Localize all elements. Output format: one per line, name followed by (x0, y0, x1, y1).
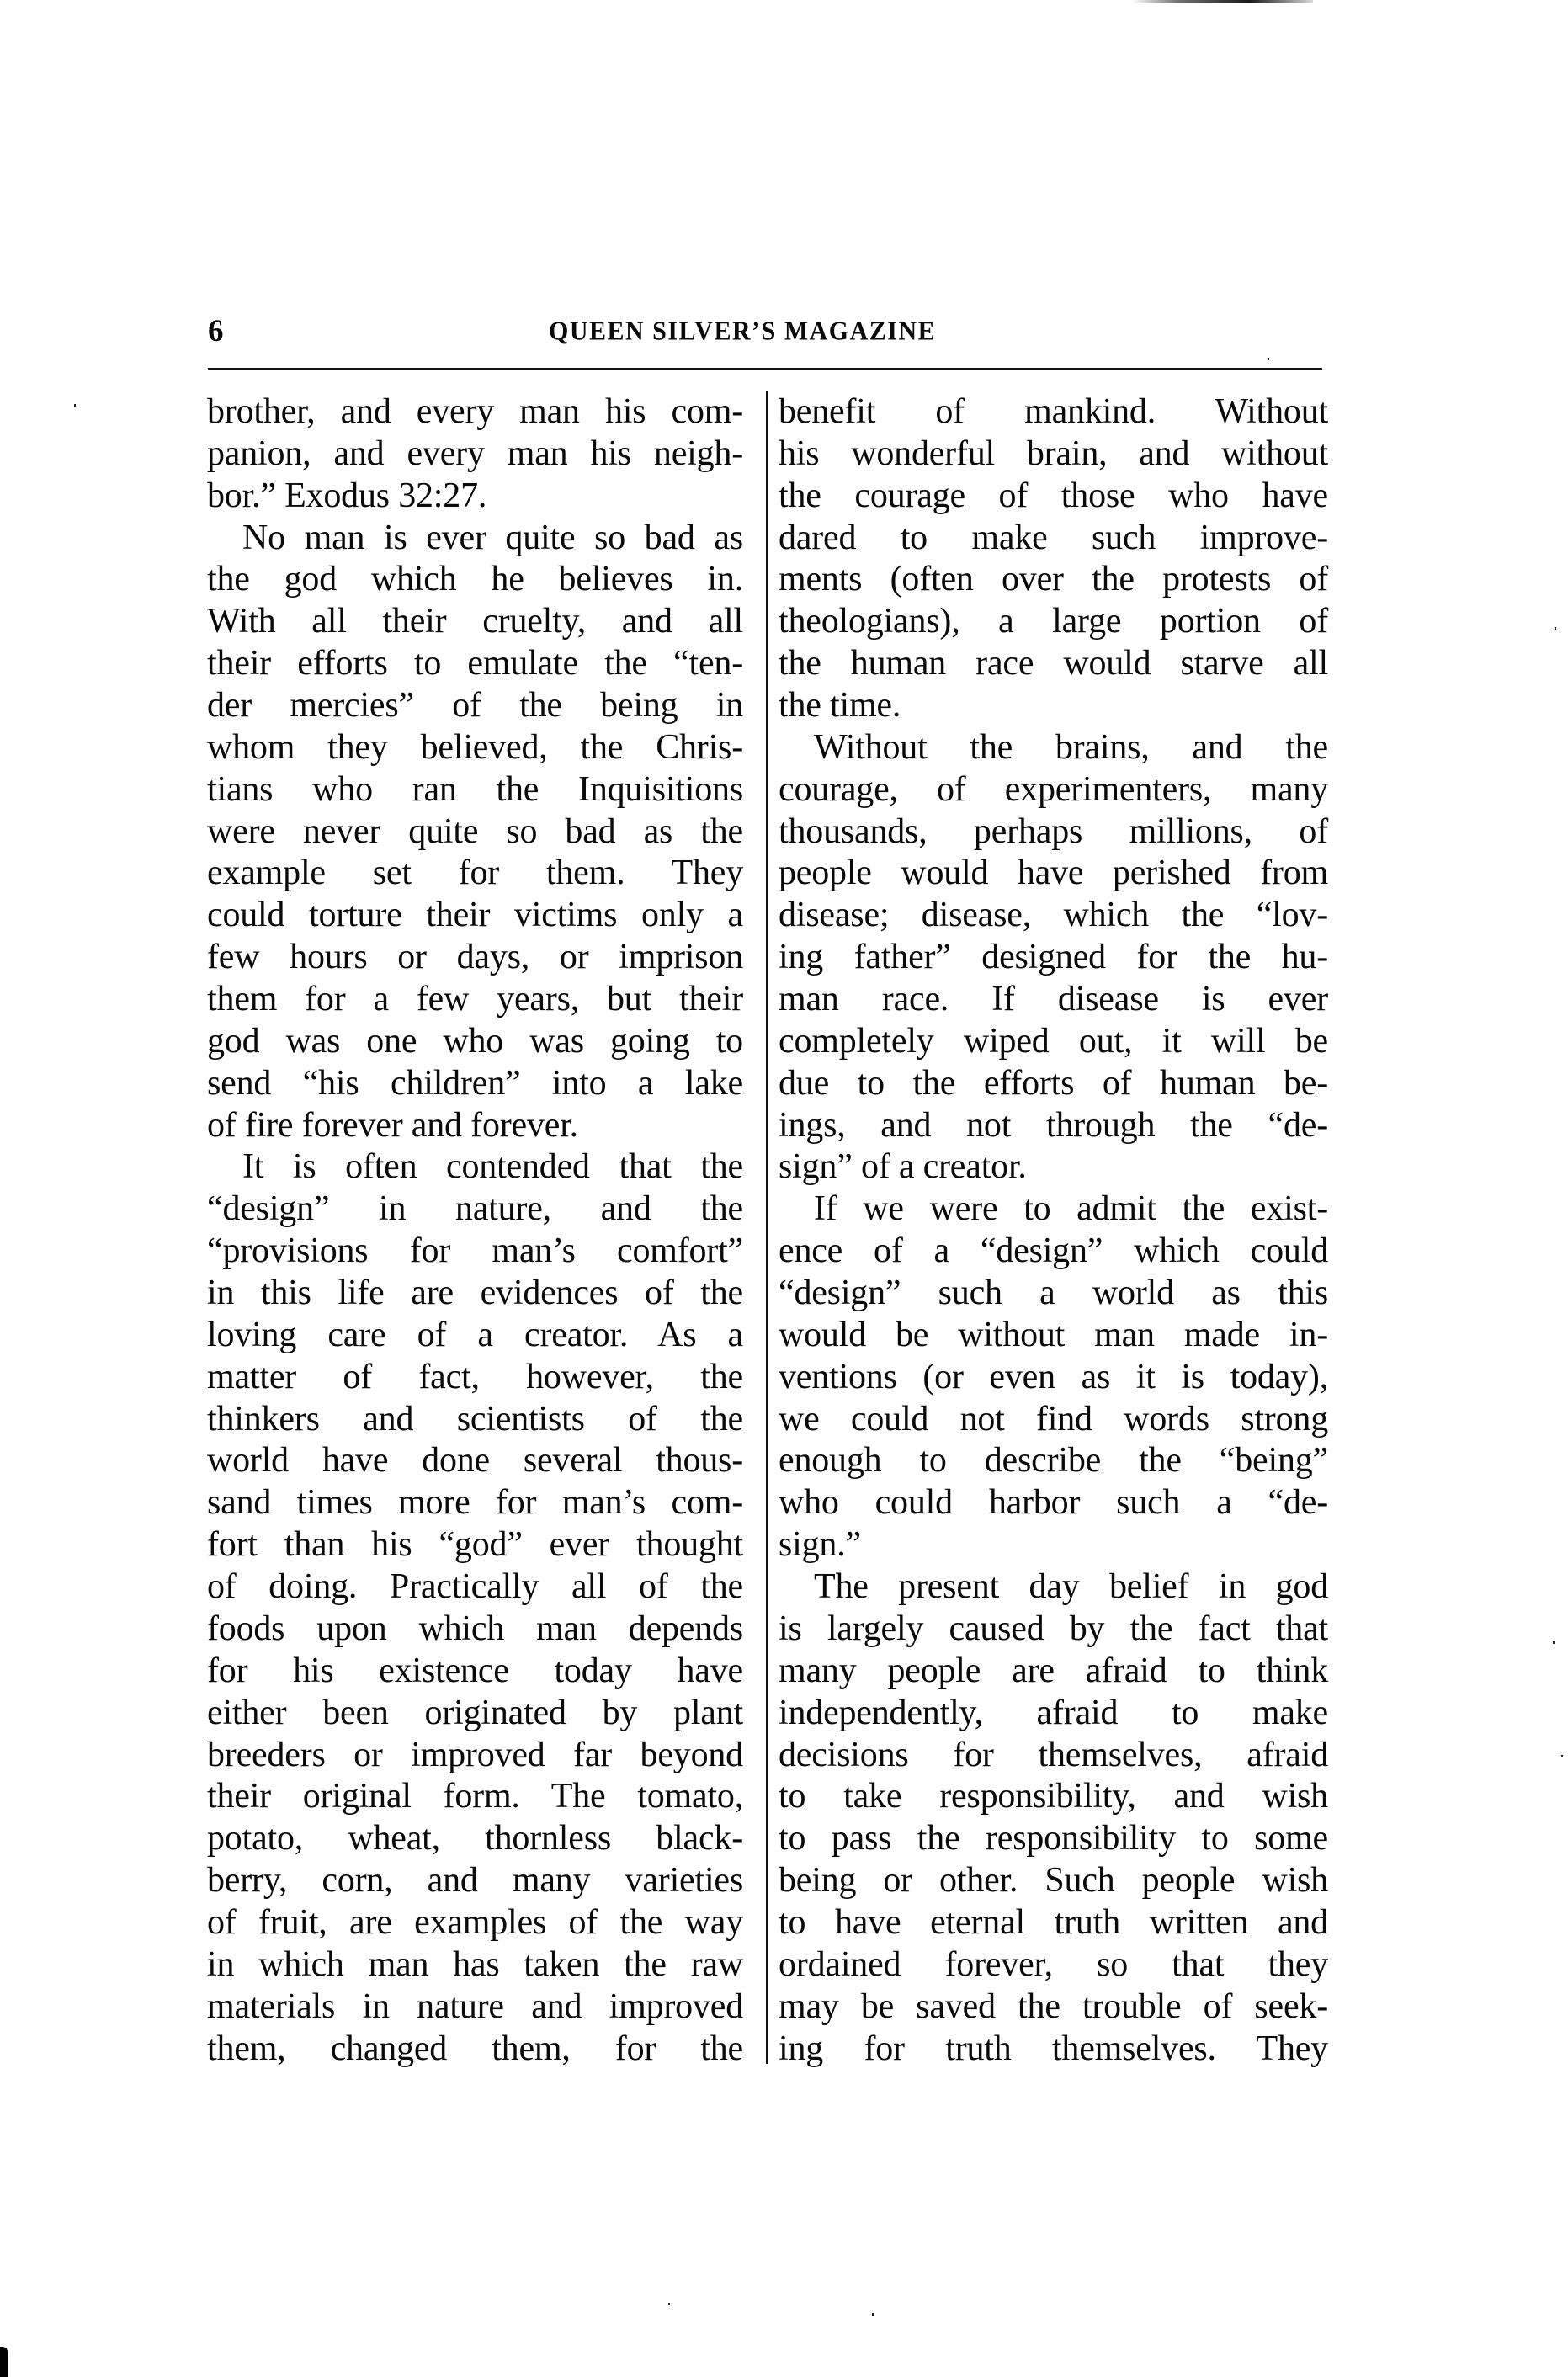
text-line: the courage of those who have (779, 476, 1328, 518)
text-line: send “his children” into a lake (207, 1063, 743, 1105)
text-line: matter of fact, however, the (207, 1357, 743, 1399)
page-number: 6 (208, 313, 224, 350)
text-line: of fire forever and forever. (207, 1105, 743, 1147)
text-line: materials in nature and improved (207, 1986, 743, 2029)
text-line: If we were to admit the exist- (779, 1188, 1328, 1231)
running-head: 6 QUEEN SILVER’S MAGAZINE (208, 313, 1323, 350)
column-divider (766, 391, 768, 2064)
text-line: the time. (779, 685, 1328, 727)
scan-speck (74, 404, 76, 407)
text-line: to pass the responsibility to some (779, 1818, 1328, 1860)
scan-speck (1268, 358, 1269, 360)
text-line: thinkers and scientists of the (207, 1399, 743, 1441)
text-line: example set for them. They (207, 853, 743, 895)
text-line: der mercies” of the being in (207, 685, 743, 727)
text-line: is largely caused by the fact that (779, 1609, 1328, 1651)
scan-artifact-binding-mark (0, 2347, 8, 2377)
text-line: ordained forever, so that they (779, 1944, 1328, 1986)
text-line: people would have perished from (779, 853, 1328, 895)
text-line: enough to describe the “being” (779, 1440, 1328, 1482)
text-line: The present day belief in god (779, 1566, 1328, 1609)
text-line: “design” such a world as this (779, 1273, 1328, 1315)
text-line: “design” in nature, and the (207, 1188, 743, 1231)
text-line: completely wiped out, it will be (779, 1021, 1328, 1063)
text-line: in this life are evidences of the (207, 1273, 743, 1315)
text-column-left: brother, and every man his com-panion, a… (207, 391, 743, 2070)
text-line: ventions (or even as it is today), (779, 1357, 1328, 1399)
text-line: sign” of a creator. (779, 1146, 1328, 1188)
text-line: for his existence today have (207, 1651, 743, 1693)
text-line: may be saved the trouble of seek- (779, 1986, 1328, 2029)
text-line: to take responsibility, and wish (779, 1776, 1328, 1818)
text-line: independently, afraid to make (779, 1693, 1328, 1735)
text-line: to have eternal truth written and (779, 1902, 1328, 1944)
text-line: ments (often over the protests of (779, 559, 1328, 601)
text-line: breeders or improved far beyond (207, 1735, 743, 1777)
scan-speck (668, 2303, 670, 2305)
text-line: either been originated by plant (207, 1693, 743, 1735)
text-line: would be without man made in- (779, 1315, 1328, 1357)
text-line: them for a few years, but their (207, 979, 743, 1021)
text-line: his wonderful brain, and without (779, 433, 1328, 476)
scan-speck (872, 2313, 874, 2316)
text-line: tians who ran the Inquisitions (207, 769, 743, 811)
scan-speck (1553, 1641, 1555, 1644)
text-line: being or other. Such people wish (779, 1860, 1328, 1902)
text-line: whom they believed, the Chris- (207, 727, 743, 769)
text-line: dared to make such improve- (779, 518, 1328, 560)
text-line: world have done several thous- (207, 1440, 743, 1482)
text-line: foods upon which man depends (207, 1609, 743, 1651)
text-line: decisions for themselves, afraid (779, 1735, 1328, 1777)
text-line: panion, and every man his neigh- (207, 433, 743, 476)
text-line: few hours or days, or imprison (207, 937, 743, 979)
text-line: who could harbor such a “de- (779, 1482, 1328, 1524)
text-line: fort than his “god” ever thought (207, 1524, 743, 1566)
text-line: ing for truth themselves. They (779, 2029, 1328, 2071)
text-line: their efforts to emulate the “ten- (207, 643, 743, 685)
text-line: brother, and every man his com- (207, 391, 743, 433)
text-line: of doing. Practically all of the (207, 1566, 743, 1609)
text-line: ings, and not through the “de- (779, 1105, 1328, 1147)
text-line: ence of a “design” which could (779, 1231, 1328, 1273)
text-line: god was one who was going to (207, 1021, 743, 1063)
magazine-title: QUEEN SILVER’S MAGAZINE (549, 314, 911, 349)
scan-speck (1555, 627, 1556, 630)
text-line: loving care of a creator. As a (207, 1315, 743, 1357)
text-line: With all their cruelty, and all (207, 601, 743, 643)
text-column-right: benefit of mankind. Withouthis wonderful… (779, 391, 1328, 2070)
text-line: courage, of experimenters, many (779, 769, 1328, 811)
text-line: man race. If disease is ever (779, 979, 1328, 1021)
text-line: of fruit, are examples of the way (207, 1902, 743, 1944)
text-line: we could not find words strong (779, 1399, 1328, 1441)
text-line: were never quite so bad as the (207, 811, 743, 853)
text-line: potato, wheat, thornless black- (207, 1818, 743, 1860)
text-line: due to the efforts of human be- (779, 1063, 1328, 1105)
text-line: in which man has taken the raw (207, 1944, 743, 1986)
text-line: could torture their victims only a (207, 895, 743, 937)
text-line: their original form. The tomato, (207, 1776, 743, 1818)
text-line: many people are afraid to think (779, 1651, 1328, 1693)
text-line: the human race would starve all (779, 643, 1328, 685)
text-line: them, changed them, for the (207, 2029, 743, 2071)
text-line: berry, corn, and many varieties (207, 1860, 743, 1902)
scan-artifact-top (1132, 0, 1313, 3)
text-line: bor.” Exodus 32:27. (207, 476, 743, 518)
text-line: the god which he believes in. (207, 559, 743, 601)
text-line: No man is ever quite so bad as (207, 518, 743, 560)
text-line: disease; disease, which the “lov- (779, 895, 1328, 937)
text-line: sign.” (779, 1524, 1328, 1566)
text-line: theologians), a large portion of (779, 601, 1328, 643)
text-line: thousands, perhaps millions, of (779, 811, 1328, 853)
text-line: ing father” designed for the hu- (779, 937, 1328, 979)
text-line: Without the brains, and the (779, 727, 1328, 769)
text-line: benefit of mankind. Without (779, 391, 1328, 433)
text-line: “provisions for man’s comfort” (207, 1231, 743, 1273)
header-rule (208, 368, 1322, 370)
text-line: It is often contended that the (207, 1146, 743, 1188)
scan-speck (1561, 1755, 1563, 1757)
text-line: sand times more for man’s com- (207, 1482, 743, 1524)
